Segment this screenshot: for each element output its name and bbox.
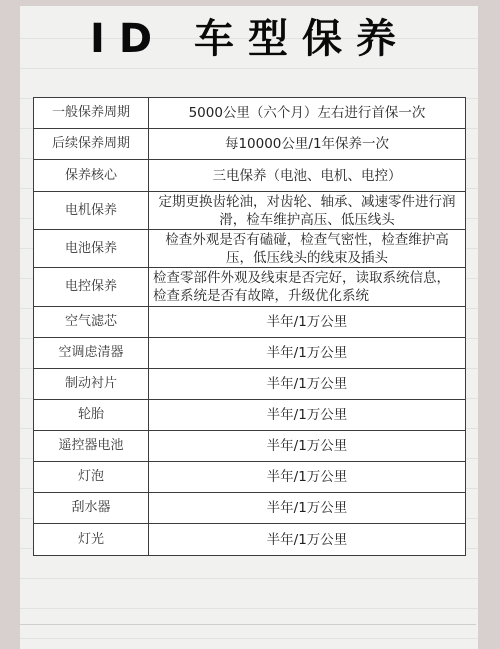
table-row: 刮水器 半年/1万公里 <box>34 493 466 524</box>
row-label: 空调虑清器 <box>34 338 149 369</box>
row-value: 半年/1万公里 <box>149 462 466 493</box>
row-label: 电控保养 <box>34 268 149 307</box>
table-row: 灯光 半年/1万公里 <box>34 524 466 556</box>
row-label: 遥控器电池 <box>34 431 149 462</box>
row-label: 灯光 <box>34 524 149 556</box>
table-row: 制动衬片 半年/1万公里 <box>34 369 466 400</box>
table-row: 一般保养周期 5000公里（六个月）左右进行首保一次 <box>34 98 466 129</box>
page-title: ID 车型保养 <box>0 14 500 64</box>
row-value: 半年/1万公里 <box>149 524 466 556</box>
row-value: 半年/1万公里 <box>149 431 466 462</box>
row-value: 半年/1万公里 <box>149 307 466 338</box>
table-row: 遥控器电池 半年/1万公里 <box>34 431 466 462</box>
row-value: 每10000公里/1年保养一次 <box>149 129 466 160</box>
row-value: 半年/1万公里 <box>149 400 466 431</box>
table-row: 空气滤芯 半年/1万公里 <box>34 307 466 338</box>
table-row: 电机保养 定期更换齿轮油，对齿轮、轴承、减速零件进行润滑，检车维护高压、低压线头 <box>34 192 466 230</box>
row-value: 半年/1万公里 <box>149 338 466 369</box>
row-value: 5000公里（六个月）左右进行首保一次 <box>149 98 466 129</box>
table-row: 后续保养周期 每10000公里/1年保养一次 <box>34 129 466 160</box>
table-row: 电控保养 检查零部件外观及线束是否完好，读取系统信息，检查系统是否有故障，升级优… <box>34 268 466 307</box>
row-value: 三电保养（电池、电机、电控） <box>149 160 466 192</box>
maintenance-table: 一般保养周期 5000公里（六个月）左右进行首保一次 后续保养周期 每10000… <box>33 97 466 556</box>
row-label: 后续保养周期 <box>34 129 149 160</box>
ruler-line <box>20 624 476 625</box>
row-label: 制动衬片 <box>34 369 149 400</box>
row-label: 轮胎 <box>34 400 149 431</box>
row-label: 空气滤芯 <box>34 307 149 338</box>
row-value: 检查零部件外观及线束是否完好，读取系统信息，检查系统是否有故障，升级优化系统 <box>149 268 466 307</box>
row-label: 保养核心 <box>34 160 149 192</box>
row-value: 半年/1万公里 <box>149 369 466 400</box>
table-row: 轮胎 半年/1万公里 <box>34 400 466 431</box>
row-label: 电机保养 <box>34 192 149 230</box>
row-label: 一般保养周期 <box>34 98 149 129</box>
row-value: 检查外观是否有磕碰，检查气密性，检查维护高压，低压线头的线束及插头 <box>149 230 466 268</box>
row-label: 刮水器 <box>34 493 149 524</box>
row-label: 灯泡 <box>34 462 149 493</box>
table-row: 空调虑清器 半年/1万公里 <box>34 338 466 369</box>
table-row: 灯泡 半年/1万公里 <box>34 462 466 493</box>
row-value: 定期更换齿轮油，对齿轮、轴承、减速零件进行润滑，检车维护高压、低压线头 <box>149 192 466 230</box>
table-row: 电池保养 检查外观是否有磕碰，检查气密性，检查维护高压，低压线头的线束及插头 <box>34 230 466 268</box>
row-label: 电池保养 <box>34 230 149 268</box>
row-value: 半年/1万公里 <box>149 493 466 524</box>
table-row: 保养核心 三电保养（电池、电机、电控） <box>34 160 466 192</box>
